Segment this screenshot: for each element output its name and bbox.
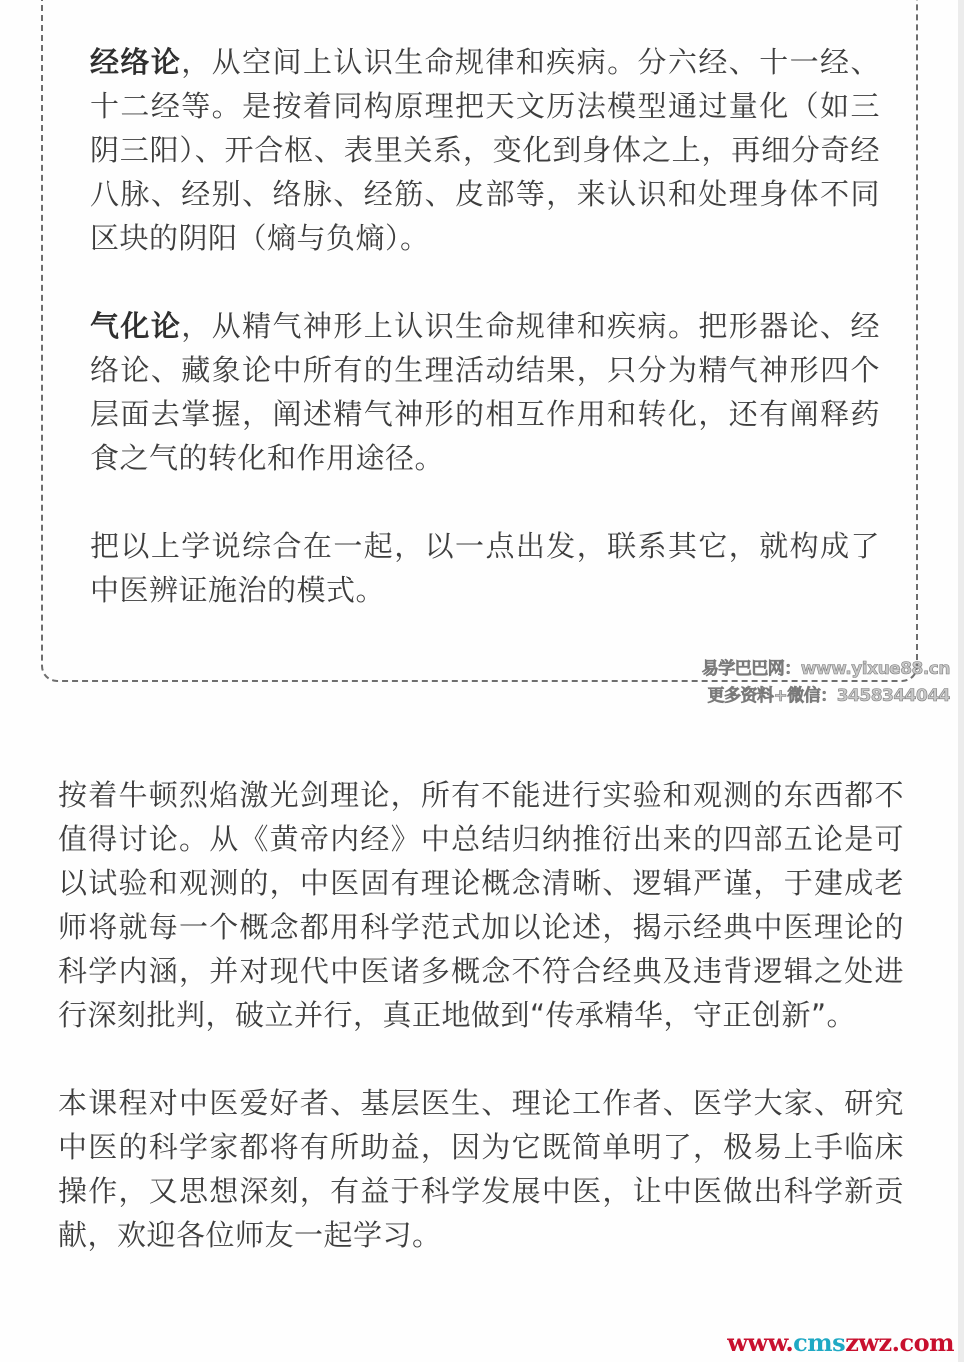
watermark-yixue88: 易学巴巴网：www.yixue88.cn 更多资料+微信：3458344044 (702, 656, 950, 710)
watermark-suffix: zwz.com (845, 1328, 954, 1357)
right-edge-strip (958, 0, 964, 1362)
term-qi-transformation-theory: 气化论 (90, 309, 181, 343)
paragraph-scientific-method: 按着牛顿烈焰激光剑理论，所有不能进行实验和观测的东西都不值得讨论。从《黄帝内经》… (58, 773, 904, 1037)
paragraph-synthesis: 把以上学说综合在一起，以一点出发，联系其它，就构成了中医辨证施治的模式。 (90, 524, 880, 612)
paragraph-text: ，从精气神形上认识生命规律和疾病。把形器论、经络论、藏象论中所有的生理活动结果，… (90, 309, 880, 475)
boxed-section: 经络论，从空间上认识生命规律和疾病。分六经、十一经、十二经等。是按着同构原理把天… (90, 40, 880, 612)
watermark-cmszwz: www.cmszwz.com (727, 1328, 954, 1358)
paragraph-qi-transformation-theory: 气化论，从精气神形上认识生命规律和疾病。把形器论、经络论、藏象论中所有的生理活动… (90, 304, 880, 480)
term-meridian-theory: 经络论 (90, 45, 181, 79)
watermark-line-site: 易学巴巴网：www.yixue88.cn (702, 656, 950, 683)
paragraph-text: 把以上学说综合在一起，以一点出发，联系其它，就构成了中医辨证施治的模式。 (90, 529, 880, 607)
paragraph-text: ，从空间上认识生命规律和疾病。分六经、十一经、十二经等。是按着同构原理把天文历法… (90, 45, 880, 255)
main-section: 按着牛顿烈焰激光剑理论，所有不能进行实验和观测的东西都不值得讨论。从《黄帝内经》… (58, 773, 904, 1257)
watermark-prefix: www. (727, 1328, 793, 1357)
paragraph-meridian-theory: 经络论，从空间上认识生命规律和疾病。分六经、十一经、十二经等。是按着同构原理把天… (90, 40, 880, 260)
paragraph-course-audience: 本课程对中医爱好者、基层医生、理论工作者、医学大家、研究中医的科学家都将有所助益… (58, 1081, 904, 1257)
watermark-line-wechat: 更多资料+微信：3458344044 (702, 683, 950, 710)
watermark-mid: cms (793, 1328, 845, 1357)
